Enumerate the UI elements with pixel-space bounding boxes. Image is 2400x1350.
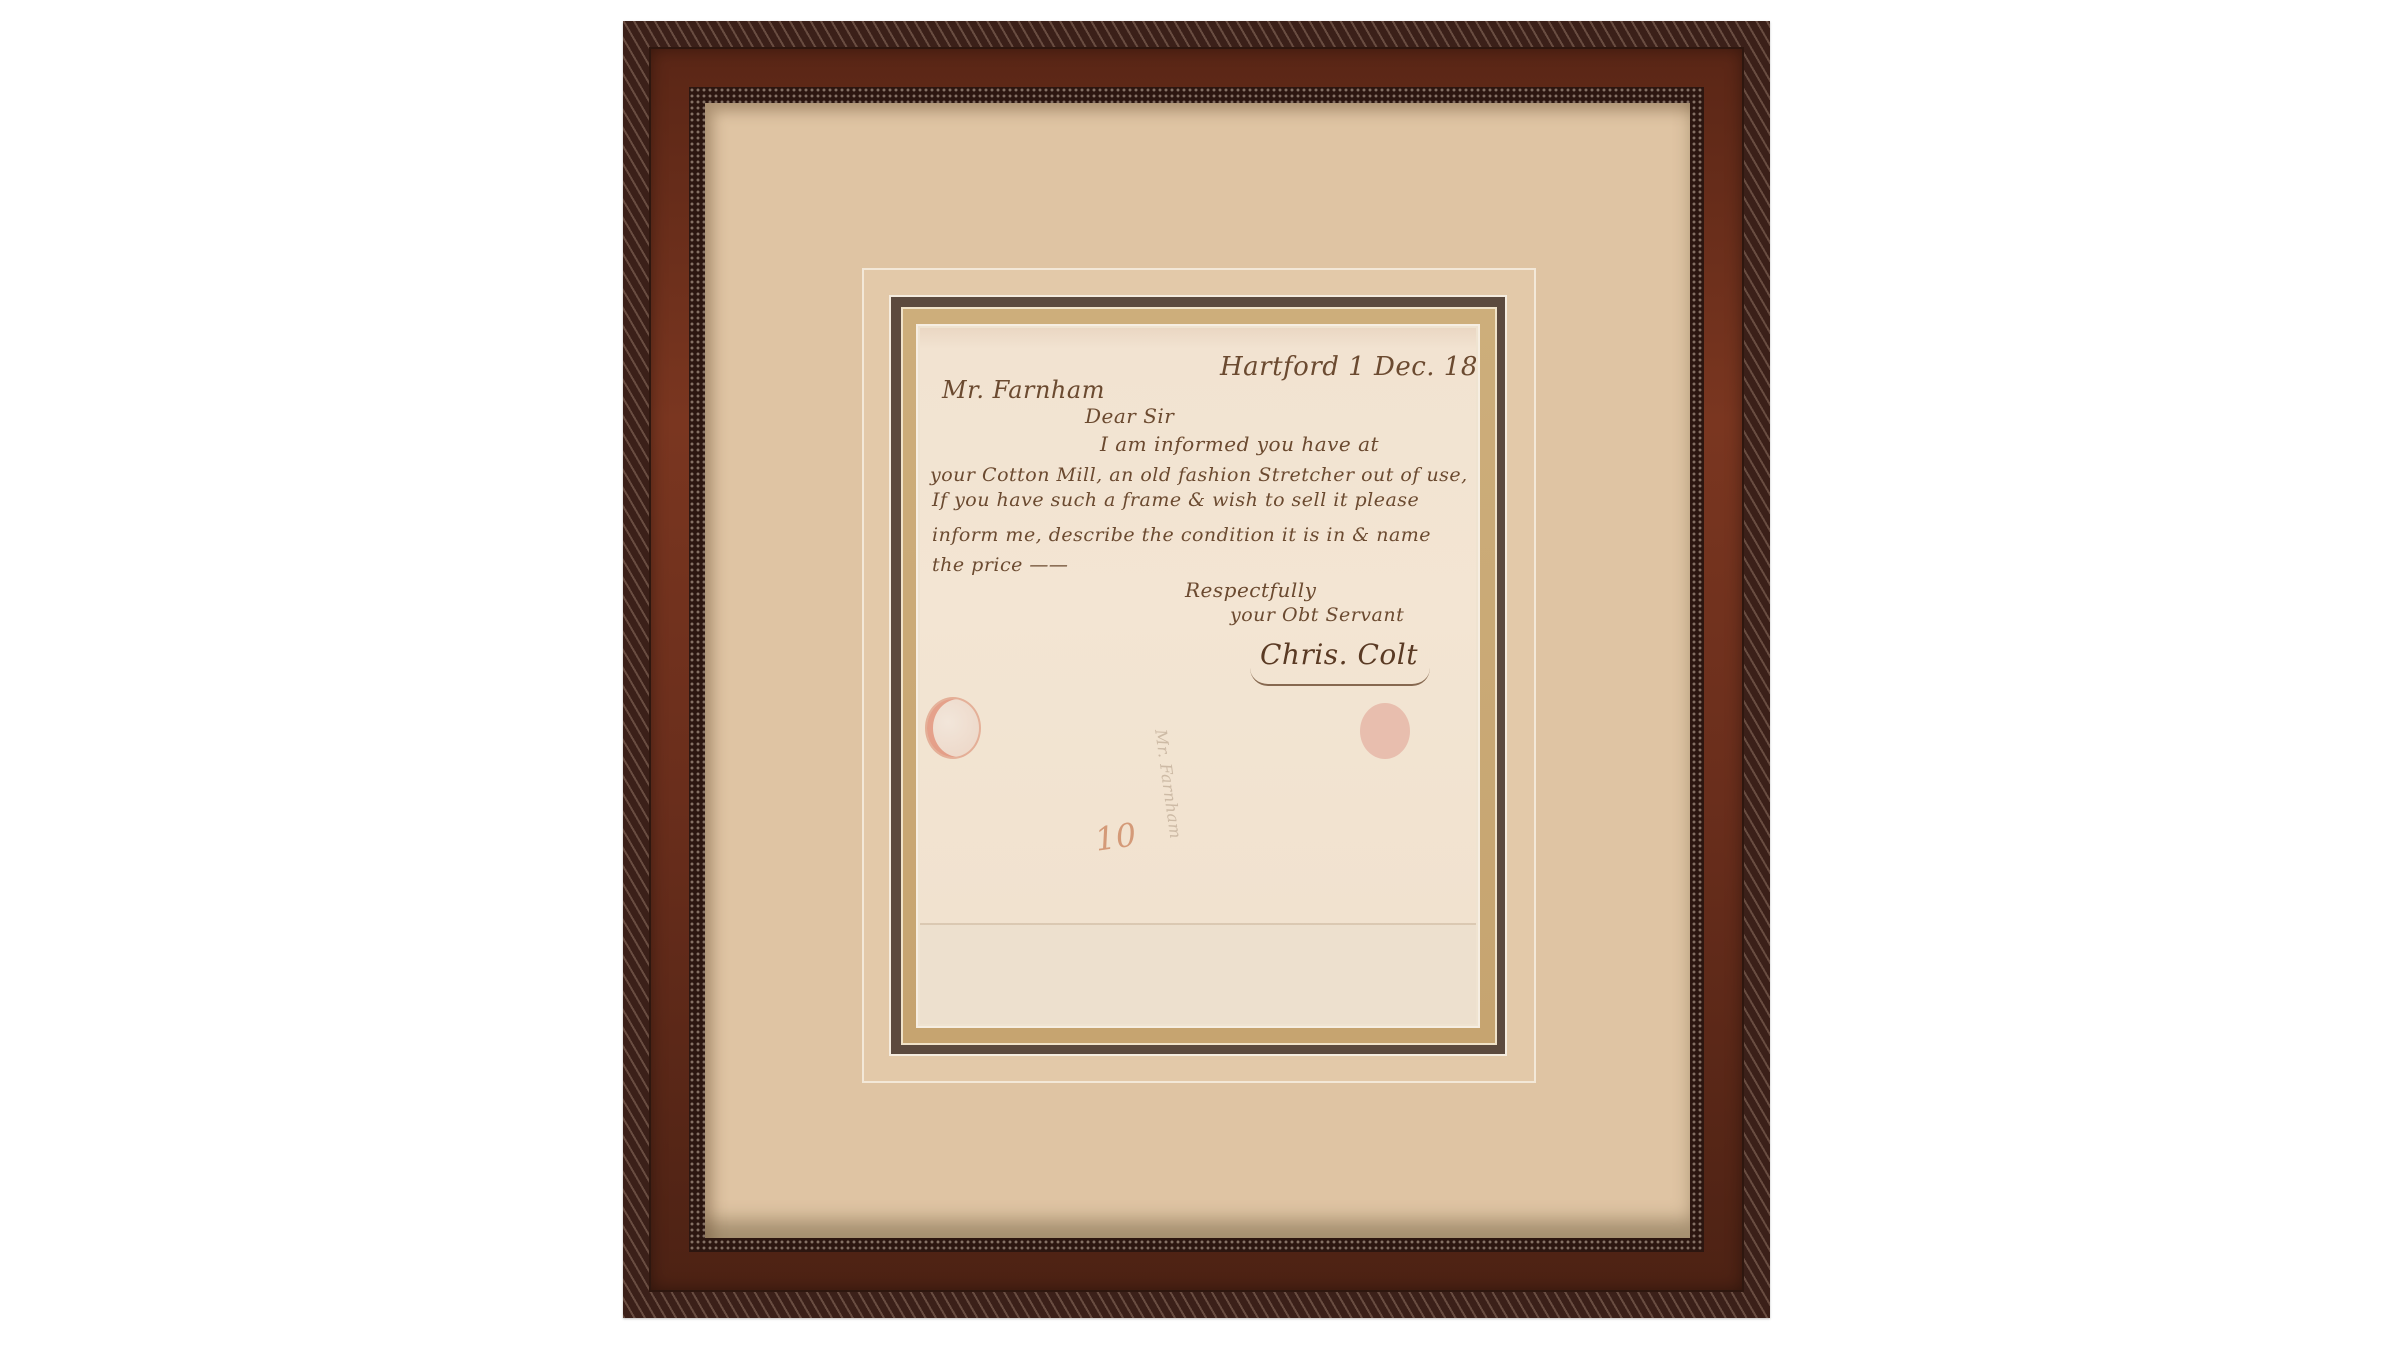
signature-flourish: [1250, 668, 1430, 686]
letter-dateline: Hartford 1 Dec. 1826: [1220, 352, 1476, 382]
wax-seal-remnant-right: [1360, 703, 1410, 759]
letter-lower-panel: [920, 925, 1476, 1024]
wax-seal-remnant-left: [925, 697, 981, 759]
letter-salutation: Dear Sir: [1085, 404, 1174, 428]
bleed-through-address: Mr. Farnham: [1151, 728, 1185, 840]
postal-rate-mark: 10: [1093, 815, 1140, 858]
letter-body-line: the price ——: [932, 554, 1068, 576]
letter-body-line: inform me, describe the condition it is …: [932, 524, 1431, 546]
letter-fold-line: [920, 923, 1476, 925]
signature: Chris. Colt: [1260, 638, 1418, 671]
letter-body-line: I am informed you have at: [1100, 432, 1379, 456]
letter-body-line: If you have such a frame & wish to sell …: [932, 489, 1419, 511]
letter-subscription: your Obt Servant: [1230, 604, 1404, 626]
handwritten-letter: Mr. Farnham Hartford 1 Dec. 1826 Mr. Far…: [920, 328, 1476, 1024]
letter-closing: Respectfully: [1185, 578, 1316, 602]
letter-body-line: your Cotton Mill, an old fashion Stretch…: [930, 464, 1468, 486]
letter-addressee: Mr. Farnham: [942, 376, 1105, 404]
